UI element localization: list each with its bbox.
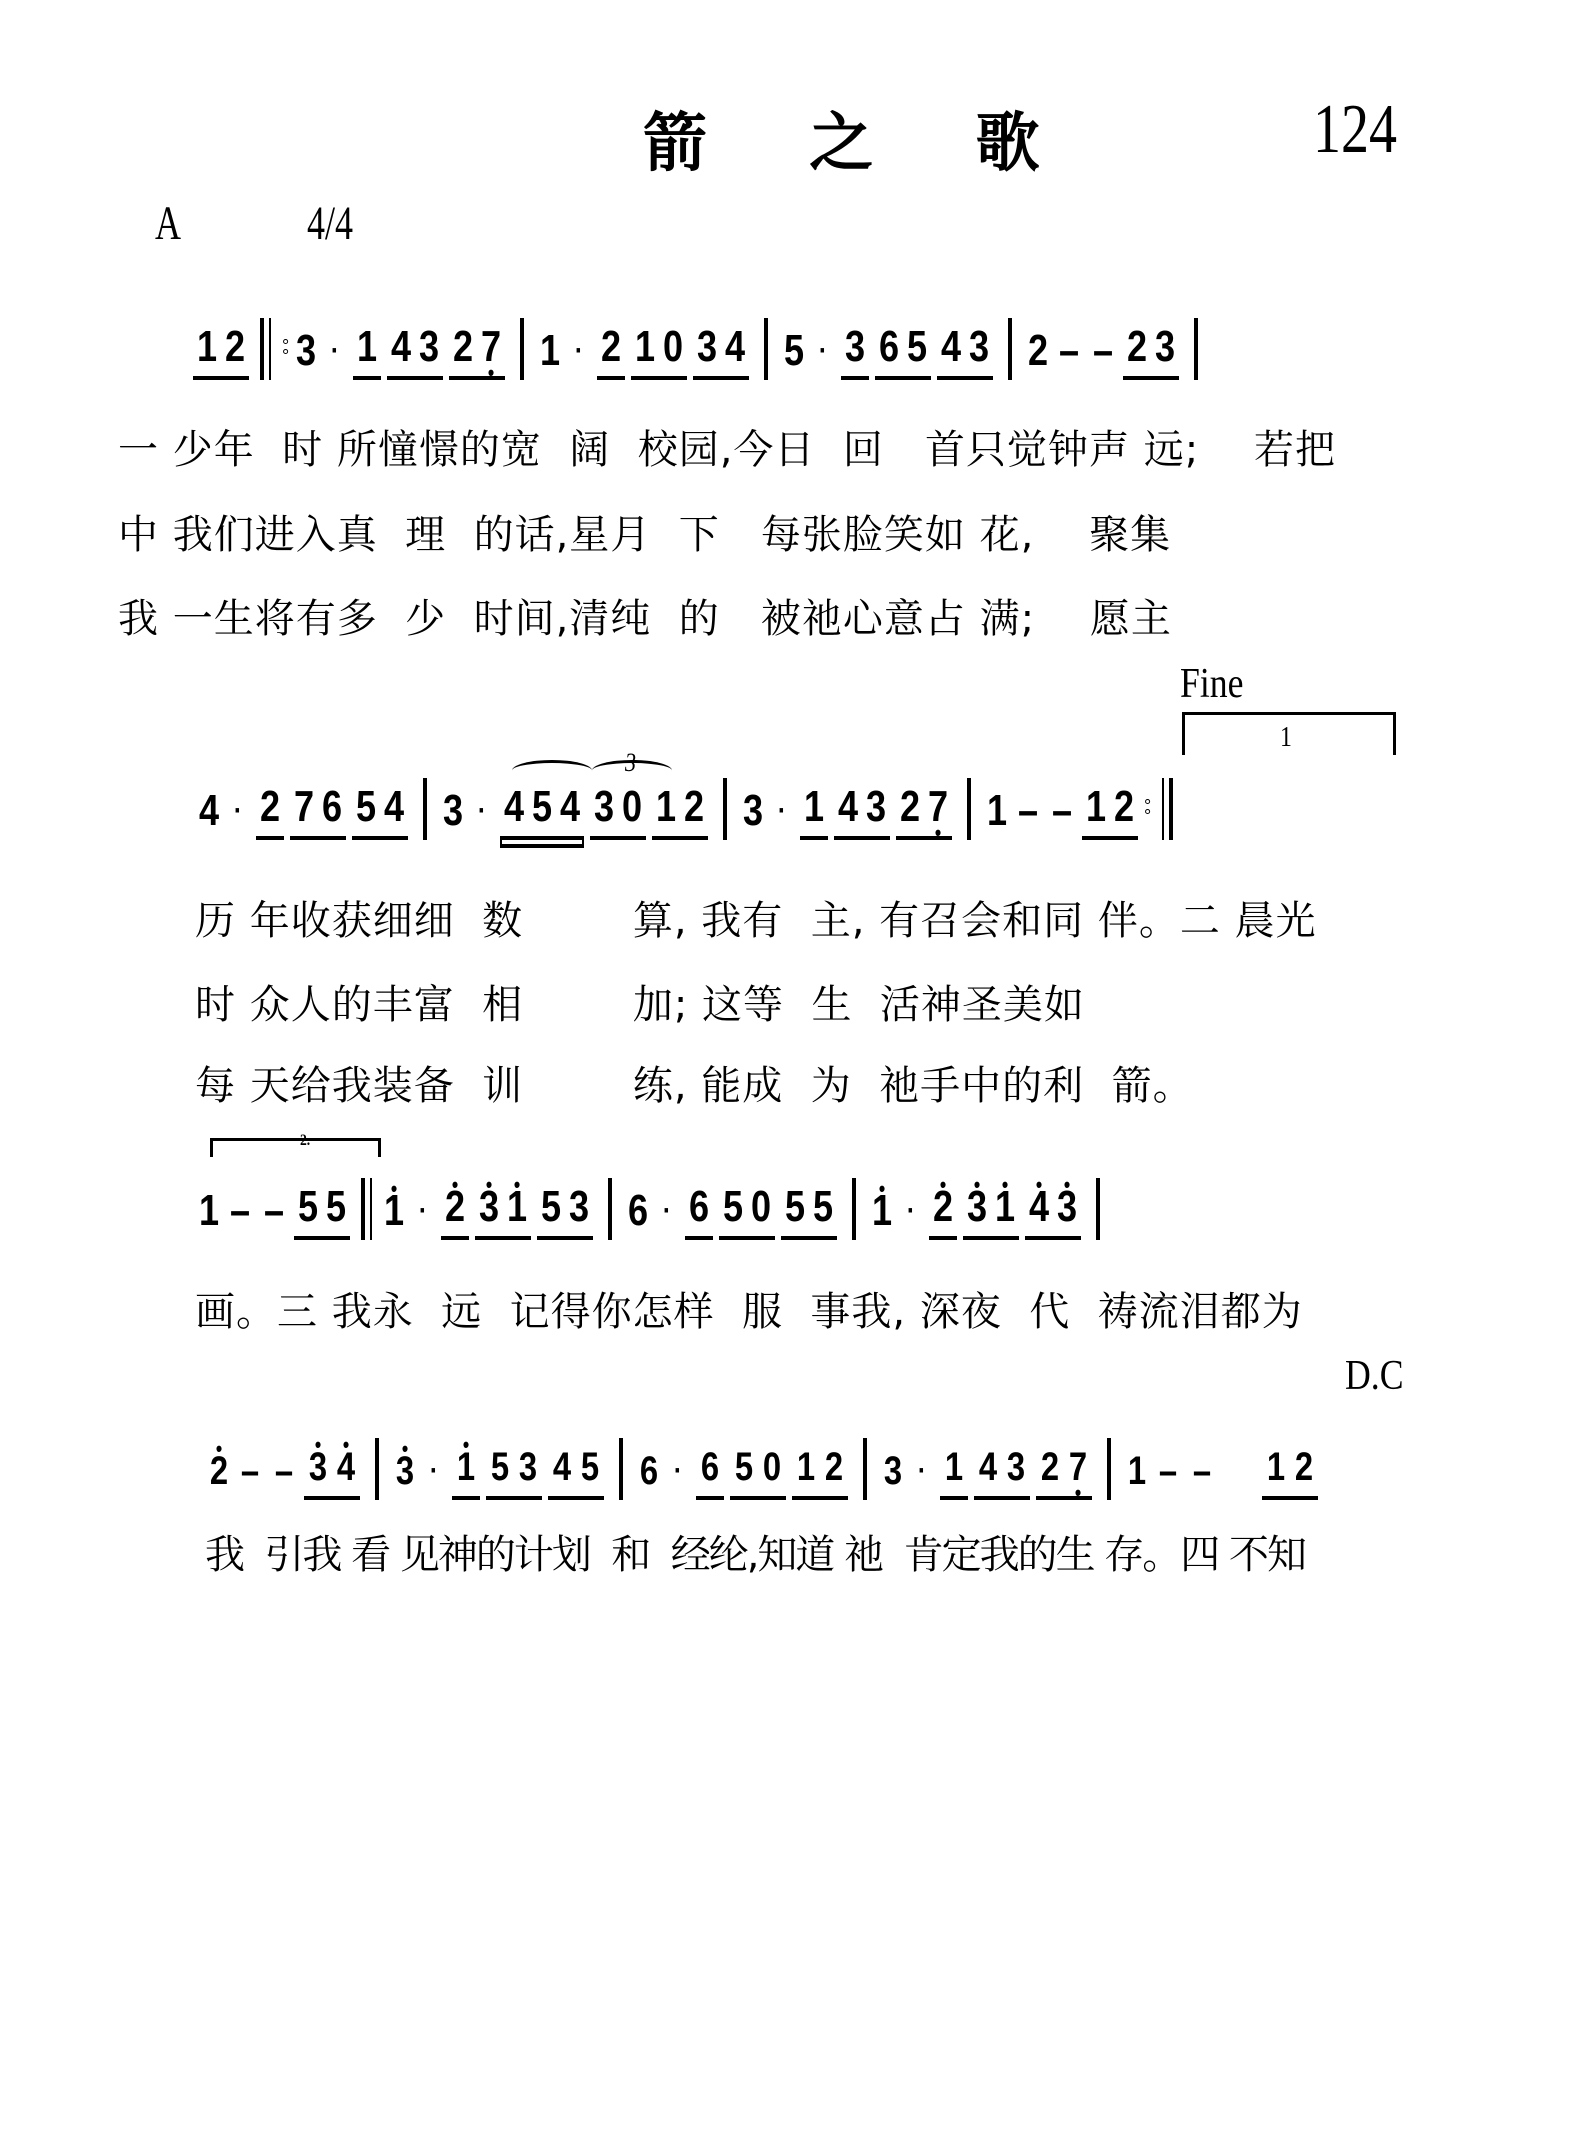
repeat-dots: °° xyxy=(1144,782,1151,840)
note: 4 xyxy=(390,318,413,376)
barline xyxy=(1096,1178,1100,1240)
sustain-dash: – xyxy=(260,1182,288,1240)
note: 5 xyxy=(784,1178,807,1236)
barline xyxy=(764,318,768,380)
notation-line-2: 4 · 2 76 54 3 · 454 30 12 3 · 1 43 27 1 … xyxy=(195,770,1181,840)
note: 0 xyxy=(621,778,644,836)
da-capo-marking: D.C xyxy=(1345,1352,1404,1400)
note-group: 12 xyxy=(1262,1438,1318,1500)
note: 2 xyxy=(224,318,247,376)
note: 6 xyxy=(321,778,344,836)
lyric-line-2-verse-1: 历 年收获细细 数 算, 我有 主, 有召会和同 伴。二 晨光 xyxy=(195,889,1317,946)
note-group: 50 xyxy=(730,1438,786,1500)
note-group: 76 xyxy=(290,778,346,840)
note: 2 xyxy=(899,778,922,836)
note-high-octave: 3 xyxy=(394,1442,417,1500)
note-group: 45 xyxy=(548,1438,604,1500)
note: 3 xyxy=(968,318,991,376)
song-title: 箭 之 歌 xyxy=(643,92,1080,184)
lyric-line-1-verse-3: 我 一生将有多 少 时间,清纯 的 被祂心意占 满; 愿主 xyxy=(118,587,1172,644)
note-group: 6 xyxy=(685,1178,713,1240)
augmentation-dot: · xyxy=(226,782,251,840)
note: 4 xyxy=(724,318,747,376)
barline xyxy=(619,1438,623,1500)
note: 6 xyxy=(627,1182,650,1240)
barline xyxy=(1008,318,1012,380)
note-group: 23 xyxy=(1123,318,1179,380)
note-group: 43 xyxy=(937,318,993,380)
note-group: 1 xyxy=(800,778,828,840)
note: 1 xyxy=(539,322,562,380)
note: 6 xyxy=(688,1178,711,1236)
augmentation-dot: · xyxy=(899,1182,924,1240)
note: 5 xyxy=(722,1178,745,1236)
note: 6 xyxy=(638,1442,661,1500)
note-group: 54 xyxy=(352,778,408,840)
triplet-group: 454 xyxy=(500,778,584,840)
note: 6 xyxy=(699,1438,722,1496)
note-high-octave: 4 xyxy=(335,1438,358,1496)
barline xyxy=(608,1178,612,1240)
augmentation-dot: · xyxy=(323,322,348,380)
note-group: 27 xyxy=(449,318,505,380)
repeat-dots: °° xyxy=(282,322,289,380)
note-group: 30 xyxy=(590,778,646,840)
note-group: 1 xyxy=(353,318,381,380)
note-high-octave: 2 xyxy=(932,1178,955,1236)
note-group: 27 xyxy=(1036,1438,1092,1500)
note: 5 xyxy=(540,1178,563,1236)
note: 4 xyxy=(503,778,526,836)
note: 2 xyxy=(1027,322,1050,380)
notation-line-4: 2 – – 34 3 · 1 53 45 6 · 6 50 12 3 · 1 4… xyxy=(205,1430,1321,1500)
note: 3 xyxy=(844,318,867,376)
note: 3 xyxy=(593,778,616,836)
note-group: 2 xyxy=(256,778,284,840)
augmentation-dot: · xyxy=(811,322,836,380)
note-group: 1 xyxy=(940,1438,968,1500)
note-group: 2 xyxy=(441,1178,469,1240)
barline xyxy=(1194,318,1198,380)
note-group: 3 xyxy=(841,318,869,380)
note: 5 xyxy=(906,318,929,376)
note: 1 xyxy=(198,1182,221,1240)
note: 5 xyxy=(531,778,554,836)
note-group: 31 xyxy=(963,1178,1019,1240)
note: 1 xyxy=(943,1438,966,1496)
barline xyxy=(863,1438,867,1500)
lyric-line-4: 我 引我 看 见神的计划 和 经纶,知道 祂 肯定我的生 存。四 不知 xyxy=(205,1523,1305,1580)
sustain-dash: – xyxy=(236,1442,264,1500)
note: 2 xyxy=(1293,1438,1316,1496)
note: 3 xyxy=(517,1438,540,1496)
note-group: 31 xyxy=(475,1178,531,1240)
fine-marking: Fine xyxy=(1180,660,1243,708)
note: 1 xyxy=(1085,778,1108,836)
note-group: 6 xyxy=(696,1438,724,1500)
sustain-dash: – xyxy=(1188,1442,1216,1500)
repeat-end-barline xyxy=(1162,778,1173,840)
note: 2 xyxy=(600,318,623,376)
augmentation-dot: · xyxy=(655,1182,680,1240)
note: 3 xyxy=(418,318,441,376)
note-group: 65 xyxy=(875,318,931,380)
note-group: 1 xyxy=(452,1438,480,1500)
note: 2 xyxy=(1126,318,1149,376)
barline xyxy=(423,778,427,840)
note: 0 xyxy=(750,1178,773,1236)
augmentation-dot: · xyxy=(567,322,592,380)
sustain-dash: – xyxy=(1154,1442,1182,1500)
note: 0 xyxy=(761,1438,784,1496)
note-group: 50 xyxy=(719,1178,775,1240)
note-high-octave: 3 xyxy=(1056,1178,1079,1236)
note: 3 xyxy=(442,782,465,840)
note: 3 xyxy=(568,1178,591,1236)
lyric-line-2-verse-2: 时 众人的丰富 相 加; 这等 生 活神圣美如 xyxy=(195,973,1085,1030)
note-group: 43 xyxy=(974,1438,1030,1500)
note-group: 34 xyxy=(304,1438,360,1500)
note-group: 34 xyxy=(693,318,749,380)
note-high-octave: 4 xyxy=(1028,1178,1051,1236)
note: 5 xyxy=(355,778,378,836)
note: 5 xyxy=(812,1178,835,1236)
second-ending-number: 2. xyxy=(300,1132,310,1150)
augmentation-dot: · xyxy=(666,1442,691,1500)
note-high-octave: 2 xyxy=(444,1178,467,1236)
note-group: 12 xyxy=(193,318,249,380)
note: 7 xyxy=(293,778,316,836)
note-group: 55 xyxy=(294,1178,350,1240)
note-group: 43 xyxy=(387,318,443,380)
augmentation-dot: · xyxy=(411,1182,436,1240)
note-group: 43 xyxy=(834,778,890,840)
note: 0 xyxy=(662,318,685,376)
key-time-signature: A 4/4 xyxy=(155,196,353,251)
note: 4 xyxy=(559,778,582,836)
note: 1 xyxy=(986,782,1009,840)
note: 3 xyxy=(696,318,719,376)
note-group: 12 xyxy=(792,1438,848,1500)
repeat-start-barline xyxy=(260,318,271,380)
sustain-dash: – xyxy=(1089,322,1117,380)
notation-line-3: 1 – – 55 1 · 2 31 53 6 · 6 50 55 1 · 2 3… xyxy=(195,1170,1112,1240)
note: 5 xyxy=(783,322,806,380)
barline xyxy=(723,778,727,840)
augmentation-dot: · xyxy=(422,1442,447,1500)
barline xyxy=(1107,1438,1111,1500)
augmentation-dot: · xyxy=(910,1442,935,1500)
note: 1 xyxy=(634,318,657,376)
note: 6 xyxy=(878,318,901,376)
note-group: 12 xyxy=(1082,778,1138,840)
note: 4 xyxy=(551,1438,574,1496)
note-group: 10 xyxy=(631,318,687,380)
note: 1 xyxy=(1265,1438,1288,1496)
note: 1 xyxy=(356,318,379,376)
note: 3 xyxy=(742,782,765,840)
note-group: 53 xyxy=(486,1438,542,1500)
note: 4 xyxy=(383,778,406,836)
barline xyxy=(967,778,971,840)
barline xyxy=(520,318,524,380)
augmentation-dot: · xyxy=(770,782,795,840)
lyric-line-2-verse-3: 每 天给我装备 训 练, 能成 为 祂手中的利 箭。 xyxy=(195,1054,1194,1111)
sustain-dash: – xyxy=(1014,782,1042,840)
lyric-line-3: 画。三 我永 远 记得你怎样 服 事我, 深夜 代 祷流泪都为 xyxy=(195,1280,1303,1337)
note: 5 xyxy=(325,1178,348,1236)
note-high-octave: 1 xyxy=(994,1178,1017,1236)
second-ending-bracket xyxy=(210,1138,381,1157)
note-high-octave: 3 xyxy=(966,1178,989,1236)
note-high-octave: 2 xyxy=(208,1442,231,1500)
lyric-line-1-verse-2: 中 我们进入真 理 的话,星月 下 每张脸笑如 花, 聚集 xyxy=(118,503,1171,560)
note-low-octave: 7 xyxy=(480,318,503,376)
note-group: 43 xyxy=(1025,1178,1081,1240)
note: 3 xyxy=(882,1442,905,1500)
note-low-octave: 7 xyxy=(1067,1438,1090,1496)
page-number: 124 xyxy=(1313,90,1397,170)
note: 4 xyxy=(837,778,860,836)
note: 1 xyxy=(655,778,678,836)
note-high-octave: 1 xyxy=(455,1438,478,1496)
note: 1 xyxy=(803,778,826,836)
note-group: 55 xyxy=(781,1178,837,1240)
first-ending-number: 1 xyxy=(1280,722,1292,754)
note: 3 xyxy=(295,322,318,380)
note: 4 xyxy=(977,1438,1000,1496)
sustain-dash: – xyxy=(1048,782,1076,840)
note: 3 xyxy=(1005,1438,1028,1496)
note-group: 2 xyxy=(929,1178,957,1240)
barline xyxy=(852,1178,856,1240)
notation-line-1: 12 °° 3 · 1 43 27 1 · 2 10 34 5 · 3 65 4… xyxy=(190,310,1210,380)
note-group: 2 xyxy=(597,318,625,380)
lyric-line-1-verse-1: 一 少年 时 所憧憬的宽 阔 校园,今日 回 首只觉钟声 远; 若把 xyxy=(118,418,1336,475)
note: 2 xyxy=(683,778,706,836)
note-group: 27 xyxy=(896,778,952,840)
note-high-octave: 3 xyxy=(307,1438,330,1496)
note-group: 53 xyxy=(537,1178,593,1240)
note: 2 xyxy=(1113,778,1136,836)
note: 1 xyxy=(1126,1442,1149,1500)
note-high-octave: 3 xyxy=(478,1178,501,1236)
note-high-octave: 1 xyxy=(871,1182,894,1240)
sustain-dash: – xyxy=(226,1182,254,1240)
note: 2 xyxy=(1039,1438,1062,1496)
note: 5 xyxy=(733,1438,756,1496)
note-low-octave: 7 xyxy=(927,778,950,836)
note-high-octave: 1 xyxy=(383,1182,406,1240)
note-high-octave: 1 xyxy=(506,1178,529,1236)
note: 1 xyxy=(196,318,219,376)
note: 3 xyxy=(865,778,888,836)
barline xyxy=(375,1438,379,1500)
note: 2 xyxy=(259,778,282,836)
note: 3 xyxy=(1154,318,1177,376)
note-group: 12 xyxy=(652,778,708,840)
key-signature: A xyxy=(155,197,181,250)
note: 5 xyxy=(579,1438,602,1496)
note: 5 xyxy=(489,1438,512,1496)
note: 2 xyxy=(452,318,475,376)
note: 1 xyxy=(795,1438,818,1496)
double-barline xyxy=(361,1178,372,1240)
sustain-dash: – xyxy=(270,1442,298,1500)
note: 5 xyxy=(297,1178,320,1236)
note: 4 xyxy=(198,782,221,840)
augmentation-dot: · xyxy=(470,782,495,840)
note: 2 xyxy=(823,1438,846,1496)
time-signature: 4/4 xyxy=(307,197,353,250)
sustain-dash: – xyxy=(1055,322,1083,380)
note: 4 xyxy=(940,318,963,376)
